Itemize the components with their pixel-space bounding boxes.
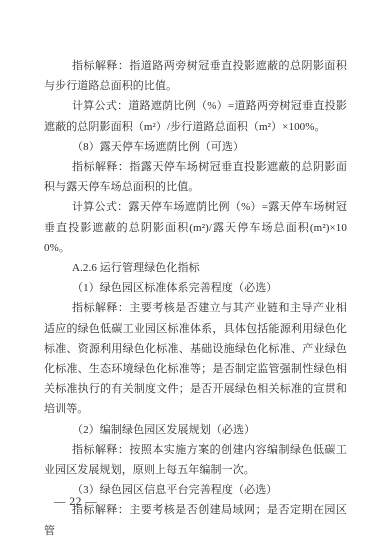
paragraph-formula-parking-shade: 计算公式：露天停车场遮荫比例（%）=露天停车场树冠垂直投影遮蔽的总阴影面积(m²… xyxy=(44,197,347,258)
paragraph-item-2-heading: （2）编制绿色园区发展规划（必选） xyxy=(44,420,347,440)
paragraph-item-8-heading: （8）露天停车场遮荫比例（可选） xyxy=(44,137,347,157)
paragraph-indicator-explanation-standards: 指标解释：主要考核是否建立与其产业链和主导产业相适应的绿色低碳工业园区标准体系，… xyxy=(44,298,347,419)
page-number: — 22 — xyxy=(54,496,97,508)
paragraph-indicator-explanation-plan: 指标解释：按照本实施方案的创建内容编制绿色低碳工业园区发展规划，原则上每五年编制… xyxy=(44,440,347,480)
section-heading-a26: A.2.6 运行管理绿色化指标 xyxy=(44,258,347,278)
paragraph-formula-road-shade: 计算公式：道路遮荫比例（%）=道路两旁树冠垂直投影遮蔽的总阴影面积（m²）/步行… xyxy=(44,96,347,136)
document-body: 指标解释：指道路两旁树冠垂直投影遮蔽的总阴影面积与步行道路总面积的比值。 计算公… xyxy=(44,56,347,541)
paragraph-indicator-explanation-parking: 指标解释：指露天停车场树冠垂直投影遮蔽的总阴影面积与露天停车场总面积的比值。 xyxy=(44,157,347,197)
document-page: 指标解释：指道路两旁树冠垂直投影遮蔽的总阴影面积与步行道路总面积的比值。 计算公… xyxy=(0,0,390,551)
paragraph-item-1-heading: （1）绿色园区标准体系完善程度（必选） xyxy=(44,278,347,298)
paragraph-indicator-explanation-road: 指标解释：指道路两旁树冠垂直投影遮蔽的总阴影面积与步行道路总面积的比值。 xyxy=(44,56,347,96)
